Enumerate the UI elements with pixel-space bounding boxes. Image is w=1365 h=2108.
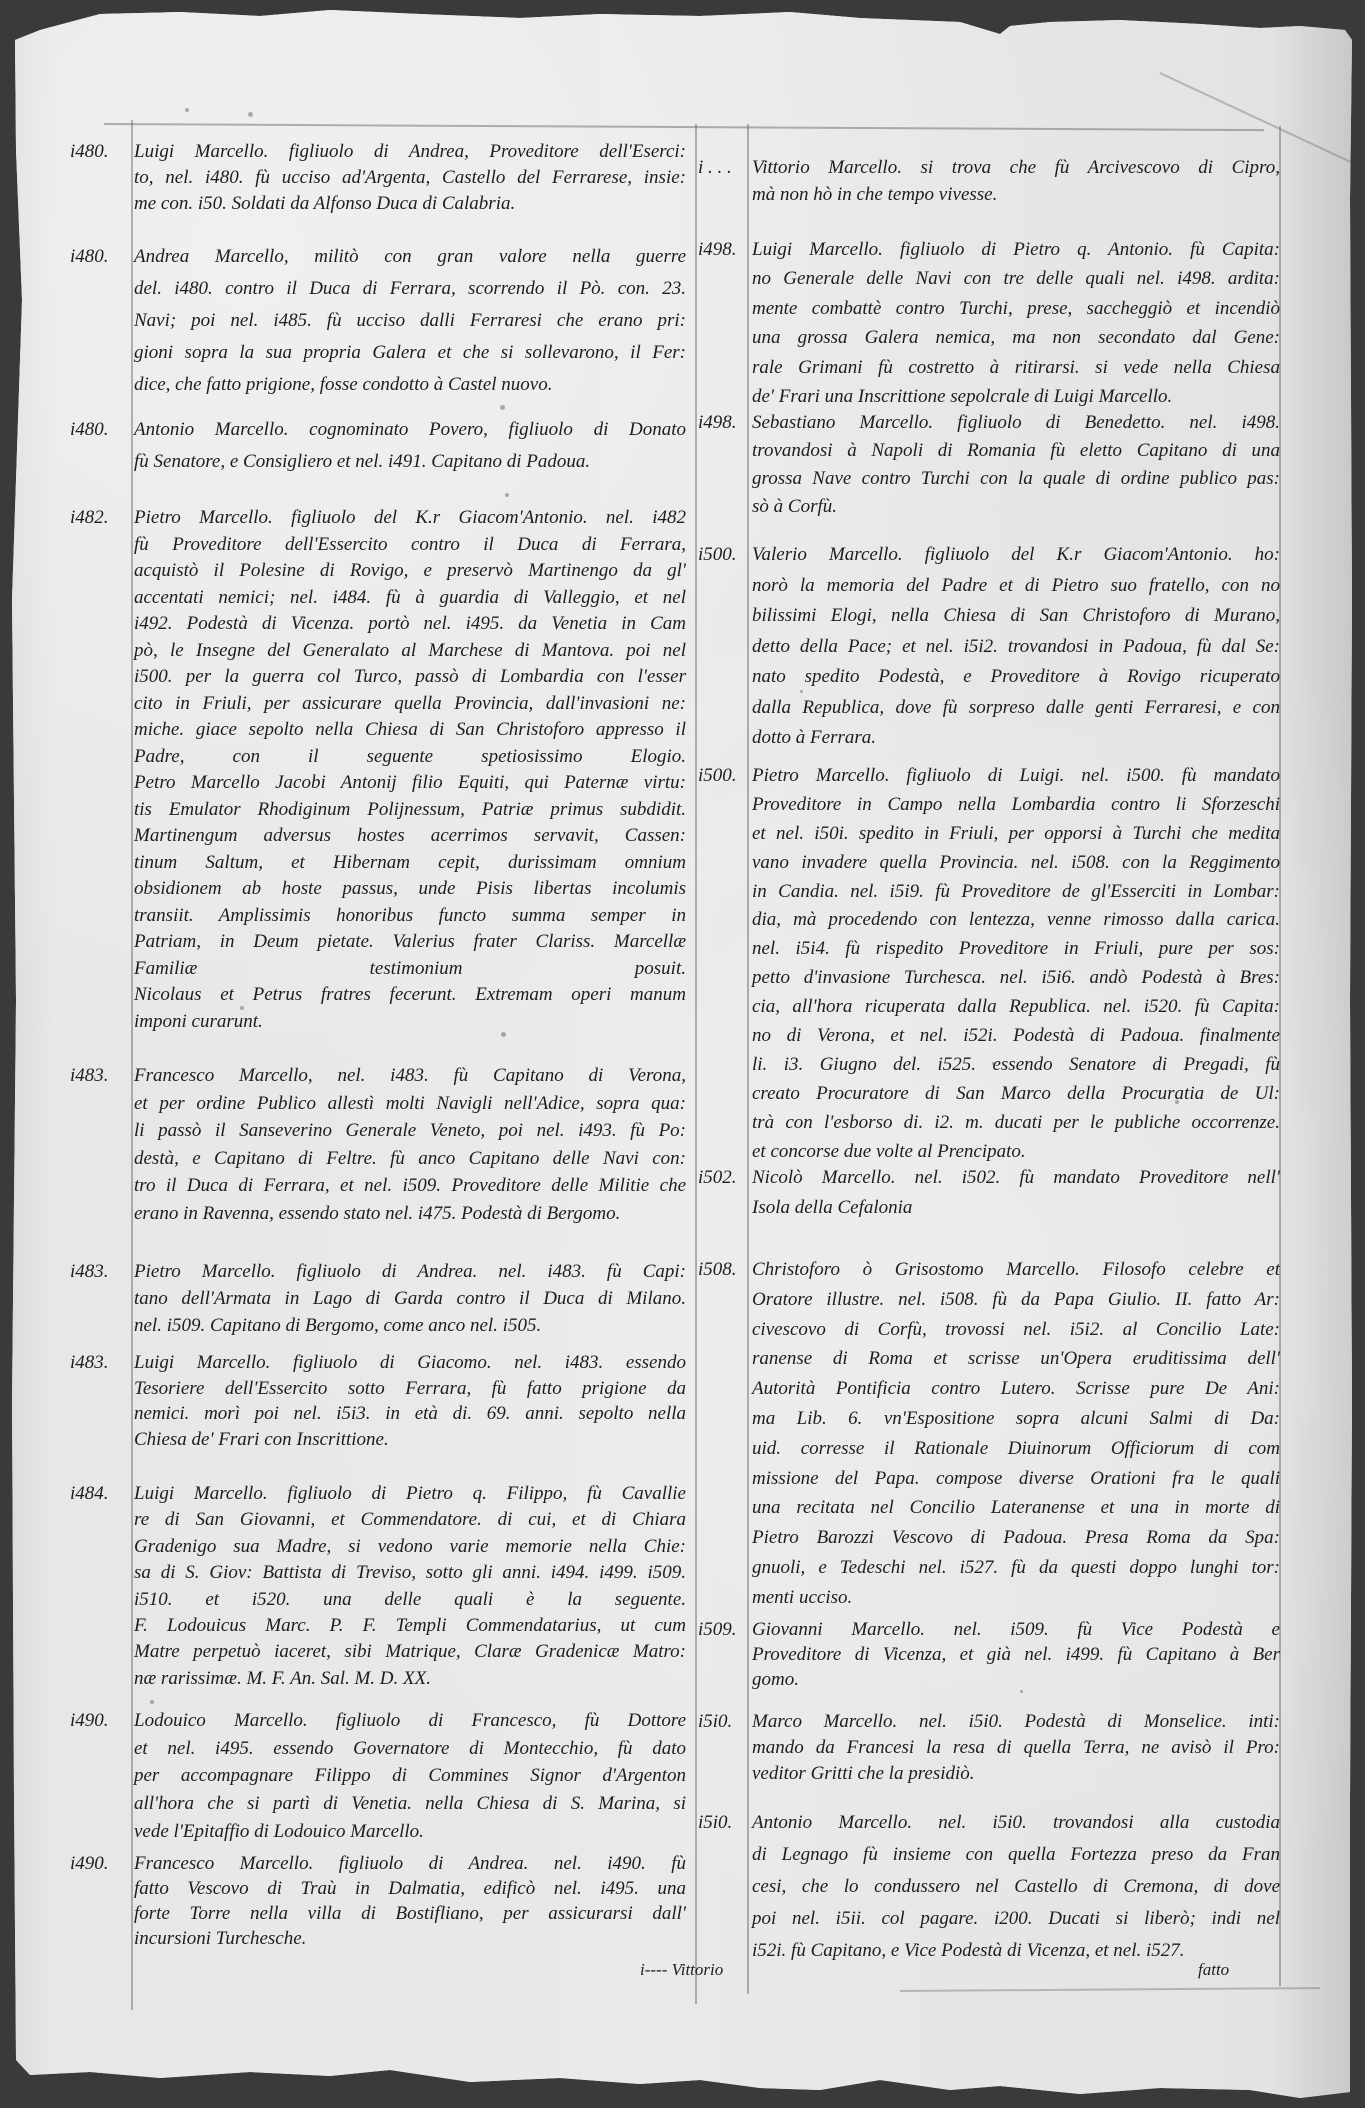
entry-year: i5i0. [698, 1709, 748, 1735]
text-line: Patriam, in Deum pietate. Valerius frate… [134, 929, 686, 956]
text-line: Pietro Marcello. figliuolo del K.r Giaco… [134, 505, 686, 532]
entry-text: Marco Marcello. nel. i5i0. Podestà di Mo… [752, 1709, 1280, 1787]
text-line: Christoforo ò Grisostomo Marcello. Filos… [752, 1255, 1280, 1285]
entry-year: i . . . [698, 154, 748, 181]
entry-year: i500. [698, 762, 748, 791]
entry-text: Luigi Marcello. figliuolo di Pietro q. A… [752, 235, 1280, 411]
entry-text: Francesco Marcello. figliuolo di Andrea.… [134, 1851, 686, 1951]
text-line: per accompagnare Filippo di Commines Sig… [134, 1762, 686, 1790]
text-line: creato Procuratore di San Marco della Pr… [752, 1080, 1280, 1109]
text-line: forte Torre nella villa di Bostifliano, … [134, 1901, 686, 1926]
catchword-left: i---- Vittorio [640, 1960, 723, 1980]
text-line: nel. i509. Capitano di Bergomo, come anc… [134, 1312, 686, 1339]
text-line: Vittorio Marcello. si trova che fù Arciv… [752, 154, 1280, 181]
paper-crease [1160, 72, 1351, 162]
text-line: gioni sopra la sua propria Galera et che… [134, 337, 686, 369]
text-line: Lodouico Marcello. figliuolo di Francesc… [134, 1707, 686, 1735]
text-line: et per ordine Publico allestì molti Navi… [134, 1090, 686, 1118]
entry-year: i480. [70, 414, 132, 446]
ink-speck [500, 405, 505, 410]
text-line: veditor Gritti che la presidiò. [752, 1761, 1280, 1787]
entry-text: Sebastiano Marcello. figliuolo di Benede… [752, 409, 1280, 521]
text-line: to, nel. i480. fù ucciso ad'Argenta, Cas… [134, 165, 686, 191]
entry-text: Luigi Marcello. figliuolo di Andrea, Pro… [134, 139, 686, 217]
entry-text: Lodouico Marcello. figliuolo di Francesc… [134, 1707, 686, 1845]
text-line: dalla Republica, dove fù sorpreso dalle … [752, 693, 1280, 724]
top-ruling-line [104, 123, 1264, 131]
text-line: Pietro Marcello. figliuolo di Andrea. ne… [134, 1258, 686, 1285]
text-line: Matre perpetuò iaceret, sibi Matrique, C… [134, 1639, 686, 1665]
text-line: vano invadere quella Provincia. nel. i50… [752, 849, 1280, 878]
text-line: Isola della Cefalonia [752, 1193, 1280, 1223]
text-line: menti ucciso. [752, 1583, 1280, 1613]
entry-year: i5i0. [698, 1807, 748, 1839]
text-line: Petro Marcello Jacobi Antonij filio Equi… [134, 770, 686, 797]
text-line: ma Lib. 6. vn'Espositione sopra alcuni S… [752, 1404, 1280, 1434]
text-line: detto della Pace; et nel. i5i2. trovando… [752, 632, 1280, 663]
text-line: li. i3. Giugno del. i525. essendo Senato… [752, 1051, 1280, 1080]
text-line: Marco Marcello. nel. i5i0. Podestà di Mo… [752, 1709, 1280, 1735]
text-line: ranense di Roma et scrisse un'Opera erud… [752, 1344, 1280, 1374]
text-line: F. Lodouicus Marc. P. F. Templi Commenda… [134, 1613, 686, 1639]
text-line: de' Frari una Inscrittione sepolcrale di… [752, 382, 1280, 411]
text-line: acquistò il Polesine di Rovigo, e preser… [134, 558, 686, 585]
text-line: Tesoriere dell'Essercito sotto Ferrara, … [134, 1376, 686, 1402]
entry-text: Giovanni Marcello. nel. i509. fù Vice Po… [752, 1617, 1280, 1692]
text-line: accentati nemici; nel. i484. fù à guardi… [134, 585, 686, 612]
text-line: no Generale delle Navi con tre delle qua… [752, 264, 1280, 293]
text-line: nel. i5i4. fù rispedito Proveditore in F… [752, 935, 1280, 964]
text-line: pò, le Insegne del Generalato al Marches… [134, 638, 686, 665]
entry-year: i483. [70, 1350, 132, 1376]
entry-text: Luigi Marcello. figliuolo di Pietro q. F… [134, 1481, 686, 1692]
text-line: Valerio Marcello. figliuolo del K.r Giac… [752, 540, 1280, 571]
text-line: Oratore illustre. nel. i508. fù da Papa … [752, 1285, 1280, 1315]
text-line: poi nel. i5ii. col pagare. i200. Ducati … [752, 1903, 1280, 1935]
text-line: erano in Ravenna, essendo stato nel. i47… [134, 1200, 686, 1228]
text-line: del. i480. contro il Duca di Ferrara, sc… [134, 273, 686, 305]
text-line: tinum Saltum, et Hibernam cepit, durissi… [134, 850, 686, 877]
text-line: mente combattè contro Turchi, prese, sac… [752, 294, 1280, 323]
text-line: dice, che fatto prigione, fosse condotto… [134, 369, 686, 401]
text-line: Autorità Pontificia contro Lutero. Scris… [752, 1374, 1280, 1404]
text-line: Proveditore di Vicenza, et già nel. i499… [752, 1642, 1280, 1667]
text-line: grossa Nave contro Turchi con la quale d… [752, 465, 1280, 493]
text-line: uid. corresse il Rationale Diuinorum Off… [752, 1434, 1280, 1464]
text-line: Proveditore in Campo nella Lombardia con… [752, 791, 1280, 820]
text-line: dia, mà procedendo con lentezza, venne r… [752, 906, 1280, 935]
text-line: norò la memoria del Padre et di Pietro s… [752, 571, 1280, 602]
text-line: Nicolaus et Petrus fratres fecerunt. Ext… [134, 982, 686, 1009]
text-line: incursioni Turchesche. [134, 1926, 686, 1951]
entry-year: i483. [70, 1062, 132, 1090]
entry-year: i480. [70, 139, 132, 165]
entry-year: i502. [698, 1163, 748, 1193]
text-line: re di San Giovanni, et Commendatore. di … [134, 1507, 686, 1533]
text-line: missione del Papa. compose diverse Orati… [752, 1464, 1280, 1494]
entry-text: Francesco Marcello, nel. i483. fù Capita… [134, 1062, 686, 1228]
entry-text: Luigi Marcello. figliuolo di Giacomo. ne… [134, 1350, 686, 1453]
text-line: Pietro Marcello. figliuolo di Luigi. nel… [752, 762, 1280, 791]
text-line: Familiæ testimonium posuit. [134, 956, 686, 983]
text-line: Luigi Marcello. figliuolo di Pietro q. A… [752, 235, 1280, 264]
center-divider-rule [695, 124, 697, 2004]
entry-text: Pietro Marcello. figliuolo di Andrea. ne… [134, 1258, 686, 1339]
entry-text: Pietro Marcello. figliuolo del K.r Giaco… [134, 505, 686, 1035]
text-line: destà, e Capitano di Feltre. fù anco Cap… [134, 1145, 686, 1173]
text-line: Antonio Marcello. cognominato Povero, fi… [134, 414, 686, 446]
text-line: vede l'Epitaffio di Lodouico Marcello. [134, 1818, 686, 1846]
text-line: bilissimi Elogi, nella Chiesa di San Chr… [752, 601, 1280, 632]
entry-text: Andrea Marcello, militò con gran valore … [134, 241, 686, 401]
paper-fold-line [900, 1987, 1320, 1991]
text-line: Chiesa de' Frari con Inscrittione. [134, 1427, 686, 1453]
text-line: gnuoli, e Tedeschi nel. i527. fù da ques… [752, 1553, 1280, 1583]
text-line: i492. Podestà di Vicenza. portò nel. i49… [134, 611, 686, 638]
text-line: Nicolò Marcello. nel. i502. fù mandato P… [752, 1163, 1280, 1193]
ink-speck [248, 112, 253, 117]
catchword-right: fatto [1198, 1960, 1229, 1980]
entry-text: Christoforo ò Grisostomo Marcello. Filos… [752, 1255, 1280, 1613]
entry-text: Valerio Marcello. figliuolo del K.r Giac… [752, 540, 1280, 754]
text-line: cesi, che lo condussero nel Castello di … [752, 1871, 1280, 1903]
text-line: civescovo di Corfù, trovossi nel. i5i2. … [752, 1315, 1280, 1345]
text-line: miche. giace sepolto nella Chiesa di San… [134, 717, 686, 744]
entry-text: Antonio Marcello. cognominato Povero, fi… [134, 414, 686, 478]
text-line: fatto Vescovo di Traù in Dalmatia, edifi… [134, 1876, 686, 1901]
text-line: i510. et i520. una delle quali è la segu… [134, 1587, 686, 1613]
entry-year: i498. [698, 235, 748, 264]
text-line: cito in Friuli, per assicurare quella Pr… [134, 691, 686, 718]
text-line: sa di S. Giov: Battista di Treviso, sott… [134, 1560, 686, 1586]
entry-year: i498. [698, 409, 748, 437]
text-line: et nel. i495. essendo Governatore di Mon… [134, 1735, 686, 1763]
text-line: dotto à Ferrara. [752, 723, 1280, 754]
text-line: Francesco Marcello. figliuolo di Andrea.… [134, 1851, 686, 1876]
text-line: trovandosi à Napoli di Romania fù eletto… [752, 437, 1280, 465]
text-line: tano dell'Armata in Lago di Garda contro… [134, 1285, 686, 1312]
text-line: nato spedito Podestà, e Proveditore à Ro… [752, 662, 1280, 693]
text-line: Andrea Marcello, militò con gran valore … [134, 241, 686, 273]
text-line: di Legnago fù insieme con quella Fortezz… [752, 1839, 1280, 1871]
text-line: me con. i50. Soldati da Alfonso Duca di … [134, 191, 686, 217]
text-line: Luigi Marcello. figliuolo di Giacomo. ne… [134, 1350, 686, 1376]
text-line: no di Verona, et nel. i52i. Podestà di P… [752, 1022, 1280, 1051]
entry-text: Antonio Marcello. nel. i5i0. trovandosi … [752, 1807, 1280, 1967]
text-line: mà non hò in che tempo vivesse. [752, 181, 1280, 208]
ink-speck [185, 108, 189, 112]
entry-text: Pietro Marcello. figliuolo di Luigi. nel… [752, 762, 1280, 1166]
text-line: Gradenigo sua Madre, si vedono varie mem… [134, 1534, 686, 1560]
text-line: tro il Duca di Ferrara, et nel. i509. Pr… [134, 1172, 686, 1200]
text-line: in Candia. nel. i5i9. fù Proveditore de … [752, 878, 1280, 907]
text-line: Sebastiano Marcello. figliuolo di Benede… [752, 409, 1280, 437]
text-line: sò à Corfù. [752, 493, 1280, 521]
text-line: Giovanni Marcello. nel. i509. fù Vice Po… [752, 1617, 1280, 1642]
text-line: tis Emulator Rhodiginum Polijnessum, Pat… [134, 797, 686, 824]
text-line: transiit. Amplissimis honoribus functo s… [134, 903, 686, 930]
text-line: all'hora che si partì di Venetia. nella … [134, 1790, 686, 1818]
text-line: una recitata nel Concilio Lateranense et… [752, 1493, 1280, 1523]
text-line: Antonio Marcello. nel. i5i0. trovandosi … [752, 1807, 1280, 1839]
text-line: Navi; poi nel. i485. fù ucciso dalli Fer… [134, 305, 686, 337]
text-line: Luigi Marcello. figliuolo di Andrea, Pro… [134, 139, 686, 165]
entry-year: i500. [698, 540, 748, 571]
entry-year: i482. [70, 505, 132, 532]
text-line: fù Proveditore dell'Essercito contro il … [134, 532, 686, 559]
text-line: Francesco Marcello, nel. i483. fù Capita… [134, 1062, 686, 1090]
text-line: obsidionem ab hoste passus, unde Pisis l… [134, 876, 686, 903]
ink-speck [505, 493, 509, 497]
ink-speck [150, 1700, 154, 1704]
text-line: imponi curarunt. [134, 1009, 686, 1036]
text-line: Padre, con il seguente spetiosissimo Elo… [134, 744, 686, 771]
entry-year: i480. [70, 241, 132, 273]
text-line: Pietro Barozzi Vescovo di Padoua. Presa … [752, 1523, 1280, 1553]
entry-year: i483. [70, 1258, 132, 1285]
entry-text: Nicolò Marcello. nel. i502. fù mandato P… [752, 1163, 1280, 1223]
text-line: nemici. morì poi nel. i5i3. in età di. 6… [134, 1401, 686, 1427]
text-line: li passò il Sanseverino Generale Veneto,… [134, 1117, 686, 1145]
text-line: trà con l'esborso di. i2. m. ducati per … [752, 1109, 1280, 1138]
text-line: et nel. i50i. spedito in Friuli, per opp… [752, 820, 1280, 849]
text-line: rale Grimani fù costretto à ritirarsi. s… [752, 353, 1280, 382]
entry-year: i490. [70, 1707, 132, 1735]
text-line: gomo. [752, 1667, 1280, 1692]
text-line: i500. per la guerra col Turco, passò di … [134, 664, 686, 691]
text-line: una grossa Galera nemica, ma non seconda… [752, 323, 1280, 352]
text-line: cia, all'hora ricuperata dalla Republica… [752, 993, 1280, 1022]
text-line: Luigi Marcello. figliuolo di Pietro q. F… [134, 1481, 686, 1507]
text-line: Martinengum adversus hostes acerrimos se… [134, 823, 686, 850]
entry-year: i484. [70, 1481, 132, 1507]
entry-year: i509. [698, 1617, 748, 1642]
entry-year: i490. [70, 1851, 132, 1876]
text-line: fù Senatore, e Consigliero et nel. i491.… [134, 446, 686, 478]
entry-year: i508. [698, 1255, 748, 1285]
text-line: petto d'invasione Turchesca. nel. i5i6. … [752, 964, 1280, 993]
entry-text: Vittorio Marcello. si trova che fù Arciv… [752, 154, 1280, 208]
text-line: næ rarissimæ. M. F. An. Sal. M. D. XX. [134, 1666, 686, 1692]
text-line: mando da Francesi la resa di quella Terr… [752, 1735, 1280, 1761]
